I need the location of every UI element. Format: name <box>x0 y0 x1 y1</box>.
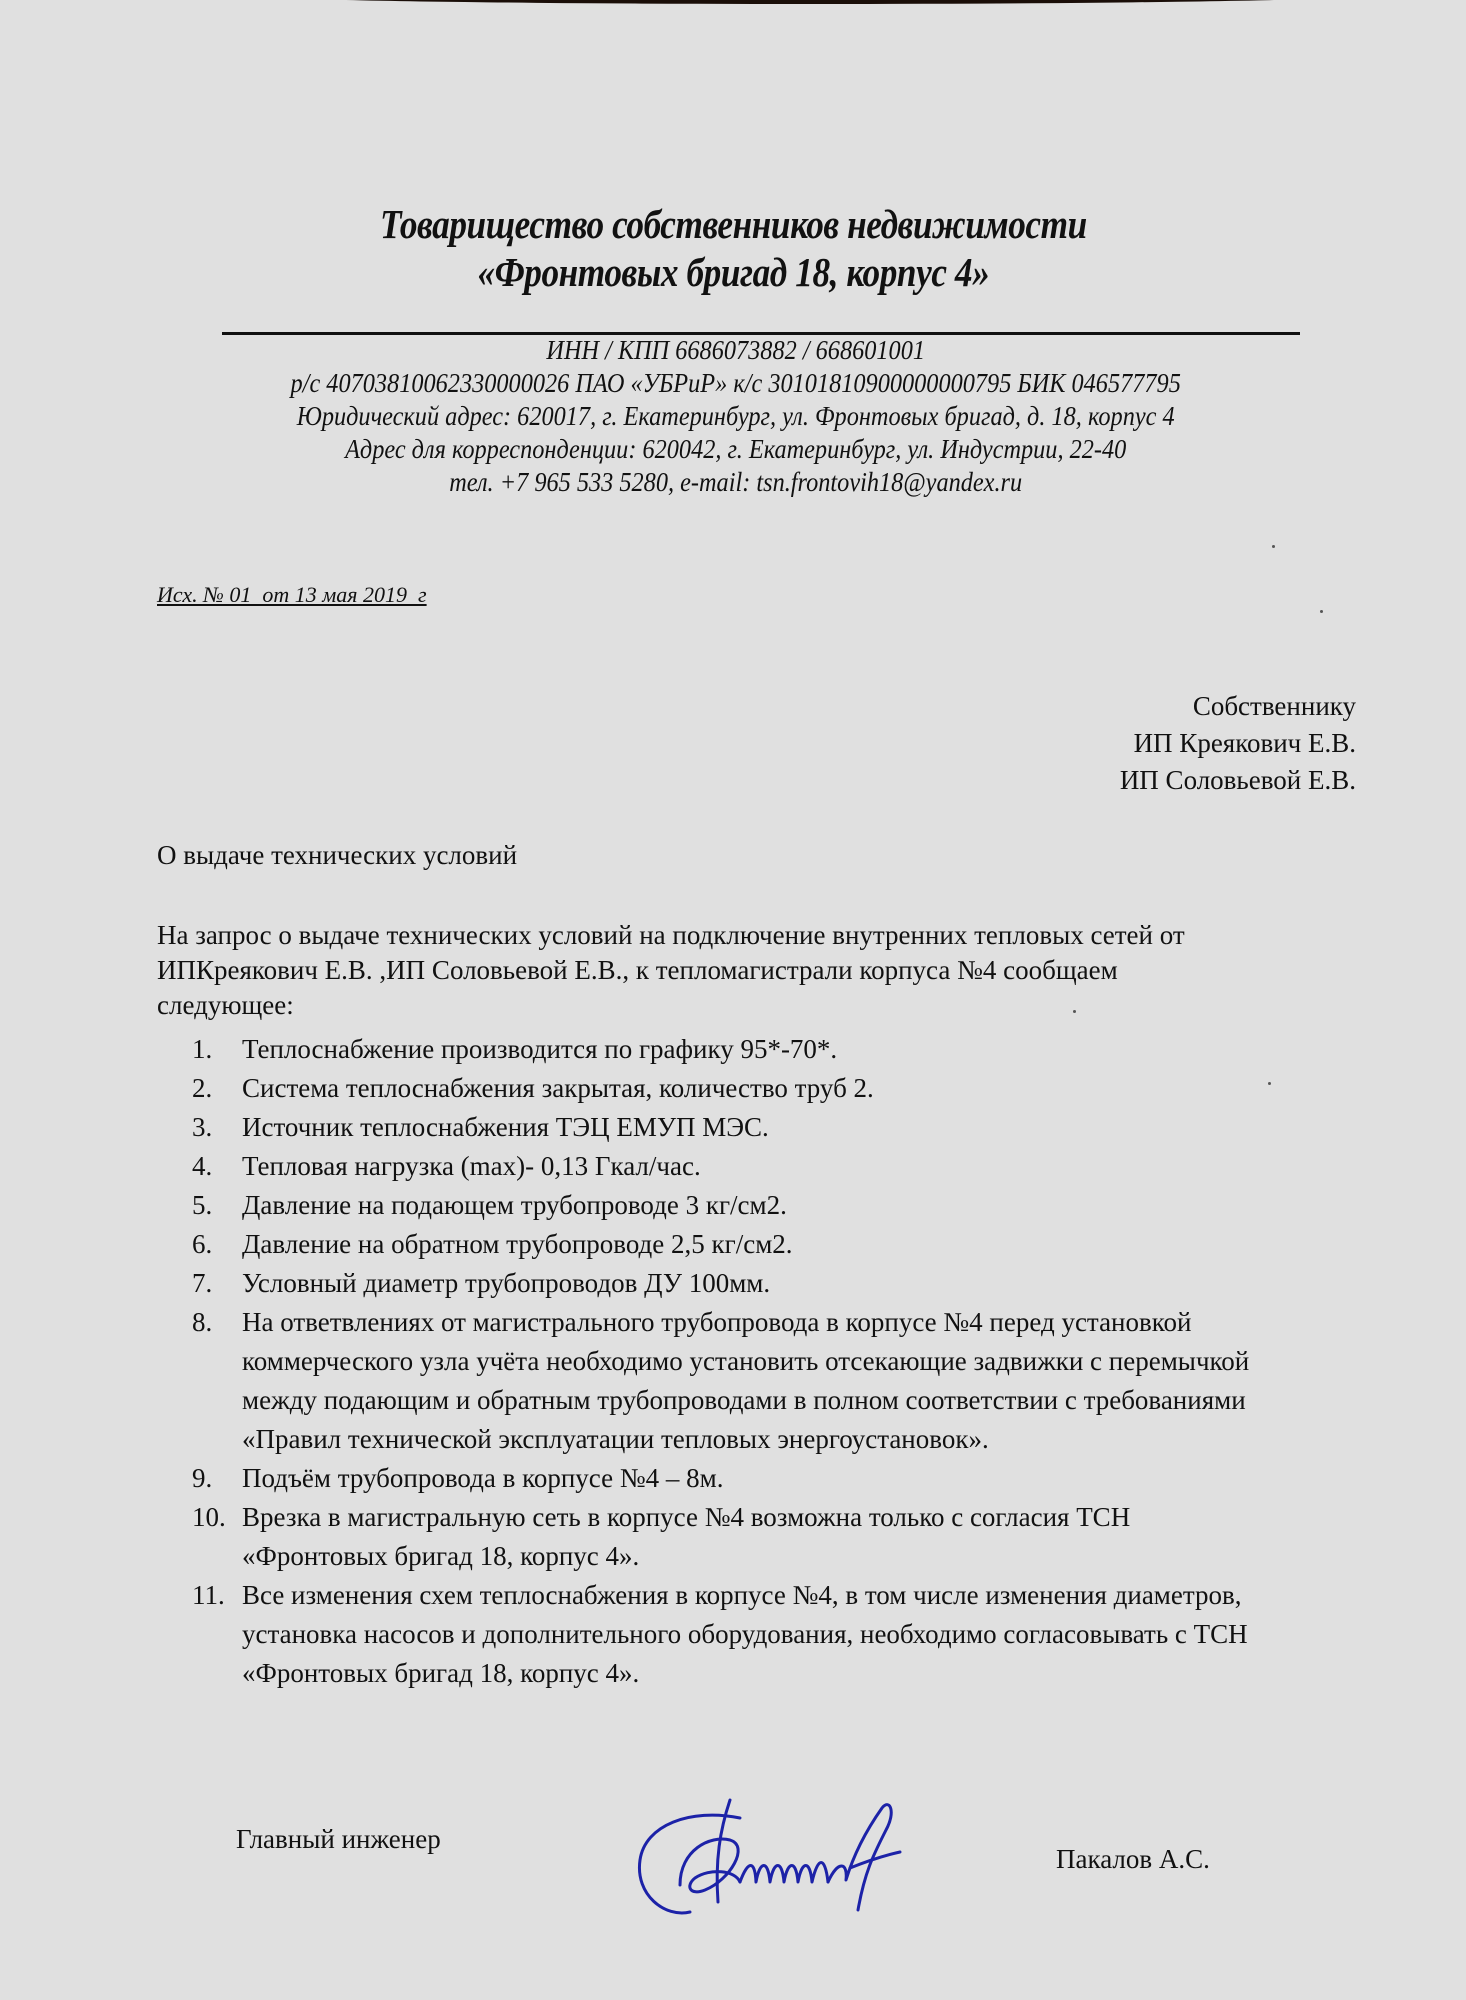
contacts: тел. +7 965 533 5280, e-mail: tsn.fronto… <box>76 466 1395 499</box>
condition-number: 7. <box>192 1264 212 1303</box>
condition-text: Врезка в магистральную сеть в корпусе №4… <box>242 1498 1249 1537</box>
condition-item: 1.Теплоснабжение производится по графику… <box>192 1030 1249 1069</box>
condition-text: «Фронтовых бригад 18, корпус 4». <box>242 1654 1249 1693</box>
addressee-line: ИП Креякович Е.В. <box>1120 725 1356 762</box>
intro-line: ИПКреякович Е.В. ,ИП Соловьевой Е.В., к … <box>157 953 1317 988</box>
paper-speck <box>1272 545 1275 548</box>
condition-text: Давление на подающем трубопроводе 3 кг/с… <box>242 1186 1249 1225</box>
condition-text: между подающим и обратным трубопроводами… <box>242 1381 1249 1420</box>
condition-number: 2. <box>192 1069 212 1108</box>
legal-address: Юридический адрес: 620017, г. Екатеринбу… <box>76 400 1395 433</box>
condition-text: Тепловая нагрузка (max)- 0,13 Гкал/час. <box>242 1147 1249 1186</box>
condition-text: Система теплоснабжения закрытая, количес… <box>242 1069 1249 1108</box>
condition-item: 6.Давление на обратном трубопроводе 2,5 … <box>192 1225 1249 1264</box>
condition-text: Теплоснабжение производится по графику 9… <box>242 1030 1249 1069</box>
condition-text: Давление на обратном трубопроводе 2,5 кг… <box>242 1225 1249 1264</box>
condition-text: «Правил технической эксплуатации тепловы… <box>242 1420 1249 1459</box>
condition-item: 9.Подъём трубопровода в корпусе №4 – 8м. <box>192 1459 1249 1498</box>
condition-item: 7.Условный диаметр трубопроводов ДУ 100м… <box>192 1264 1249 1303</box>
bank-details: р/с 40703810062330000026 ПАО «УБРиР» к/с… <box>76 367 1395 400</box>
org-name-line2: «Фронтовых бригад 18, корпус 4» <box>103 248 1364 296</box>
signer-name: Пакалов А.С. <box>1056 1844 1210 1875</box>
condition-number: 6. <box>192 1225 212 1264</box>
condition-text: Условный диаметр трубопроводов ДУ 100мм. <box>242 1264 1249 1303</box>
letterhead-title: Товарищество собственников недвижимости … <box>103 200 1364 296</box>
condition-text: Все изменения схем теплоснабжения в корп… <box>242 1576 1249 1615</box>
addressee-line: ИП Соловьевой Е.В. <box>1120 762 1356 799</box>
condition-text: На ответвлениях от магистрального трубоп… <box>242 1303 1249 1342</box>
condition-item: 5.Давление на подающем трубопроводе 3 кг… <box>192 1186 1249 1225</box>
condition-number: 3. <box>192 1108 212 1147</box>
condition-number: 4. <box>192 1147 212 1186</box>
inn-kpp: ИНН / КПП 6686073882 / 668601001 <box>76 334 1395 367</box>
paper-speck <box>1320 610 1323 613</box>
addressee-line: Собственнику <box>1120 688 1356 725</box>
condition-text: Источник теплоснабжения ТЭЦ ЕМУП МЭС. <box>242 1108 1249 1147</box>
condition-number: 11. <box>192 1576 225 1615</box>
condition-item: 2.Система теплоснабжения закрытая, колич… <box>192 1069 1249 1108</box>
condition-item: 4.Тепловая нагрузка (max)- 0,13 Гкал/час… <box>192 1147 1249 1186</box>
intro-paragraph: На запрос о выдаче технических условий н… <box>157 918 1317 1023</box>
addressee-block: Собственнику ИП Креякович Е.В. ИП Соловь… <box>1120 688 1356 799</box>
postal-address: Адрес для корреспонденции: 620042, г. Ек… <box>76 433 1395 466</box>
condition-number: 10. <box>192 1498 226 1537</box>
technical-conditions-list: 1.Теплоснабжение производится по графику… <box>192 1030 1249 1693</box>
condition-text: Подъём трубопровода в корпусе №4 – 8м. <box>242 1459 1249 1498</box>
outgoing-reference: Исх. № 01 от 13 мая 2019 г <box>157 582 427 608</box>
condition-text: «Фронтовых бригад 18, корпус 4». <box>242 1537 1249 1576</box>
condition-number: 5. <box>192 1186 212 1225</box>
condition-text: коммерческого узла учёта необходимо уста… <box>242 1342 1249 1381</box>
signer-title: Главный инженер <box>236 1824 441 1855</box>
paper-speck <box>1268 1082 1271 1085</box>
org-name-line1: Товарищество собственников недвижимости <box>103 200 1364 248</box>
condition-number: 8. <box>192 1303 212 1342</box>
condition-number: 9. <box>192 1459 212 1498</box>
condition-item: 11.Все изменения схем теплоснабжения в к… <box>192 1576 1249 1693</box>
paper-top-edge <box>230 0 1390 4</box>
handwritten-signature-icon <box>620 1790 910 1920</box>
intro-line: следующее: <box>157 988 1317 1023</box>
condition-item: 3.Источник теплоснабжения ТЭЦ ЕМУП МЭС. <box>192 1108 1249 1147</box>
letterhead-requisites: ИНН / КПП 6686073882 / 668601001 р/с 407… <box>76 334 1395 499</box>
signature-block: Главный инженер Пакалов А.С. <box>0 1818 1466 1908</box>
condition-text: установка насосов и дополнительного обор… <box>242 1615 1249 1654</box>
condition-item: 10.Врезка в магистральную сеть в корпусе… <box>192 1498 1249 1576</box>
intro-line: На запрос о выдаче технических условий н… <box>157 918 1317 953</box>
condition-number: 1. <box>192 1030 212 1069</box>
condition-item: 8.На ответвлениях от магистрального труб… <box>192 1303 1249 1459</box>
letter-subject: О выдаче технических условий <box>157 838 1357 873</box>
